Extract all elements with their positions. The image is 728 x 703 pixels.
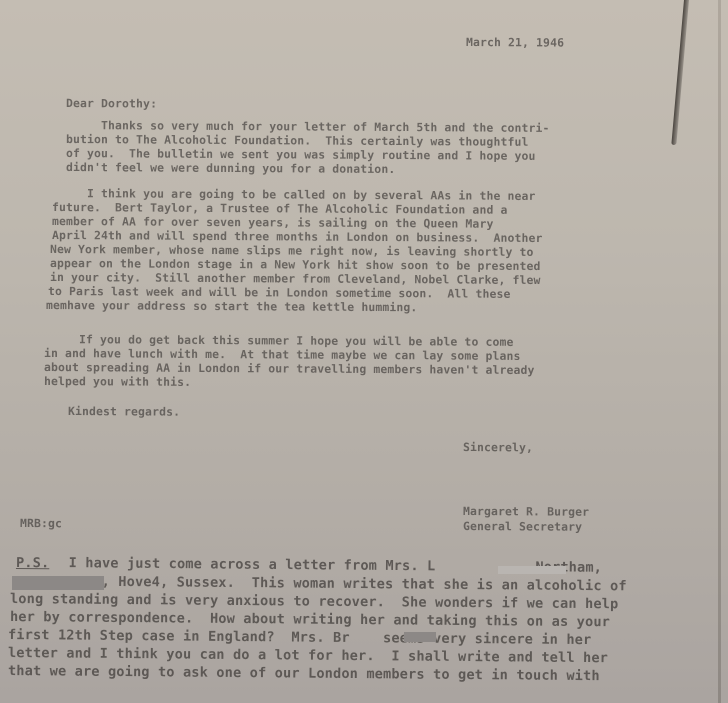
paper-fold-shadow [671,0,689,145]
signature-name: Margaret R. Burger [463,504,589,519]
signature-title: General Secretary [463,519,582,534]
paragraph-1-line: didn't feel we were dunning you for a do… [66,160,395,176]
redaction-mark [498,566,566,574]
redaction-mark [404,632,436,642]
paragraph-3-line: helped you with this. [44,374,191,389]
typist-initials: MRB:gc [20,516,62,530]
salutation: Dear Dorothy: [66,96,157,111]
postscript-label: P.S. [16,554,49,572]
closing-regards: Kindest regards. [68,404,180,419]
sign-off: Sincerely, [463,440,533,454]
postscript-line: that we are going to ask one of our Lond… [8,662,600,685]
scanned-letter-page: March 21, 1946 Dear Dorothy: Thanks so v… [0,0,728,703]
paper-edge [718,0,721,703]
letter-date: March 21, 1946 [466,35,564,50]
redaction-mark [12,576,104,590]
paragraph-2-line: memhave your address so start the tea ke… [46,298,418,314]
